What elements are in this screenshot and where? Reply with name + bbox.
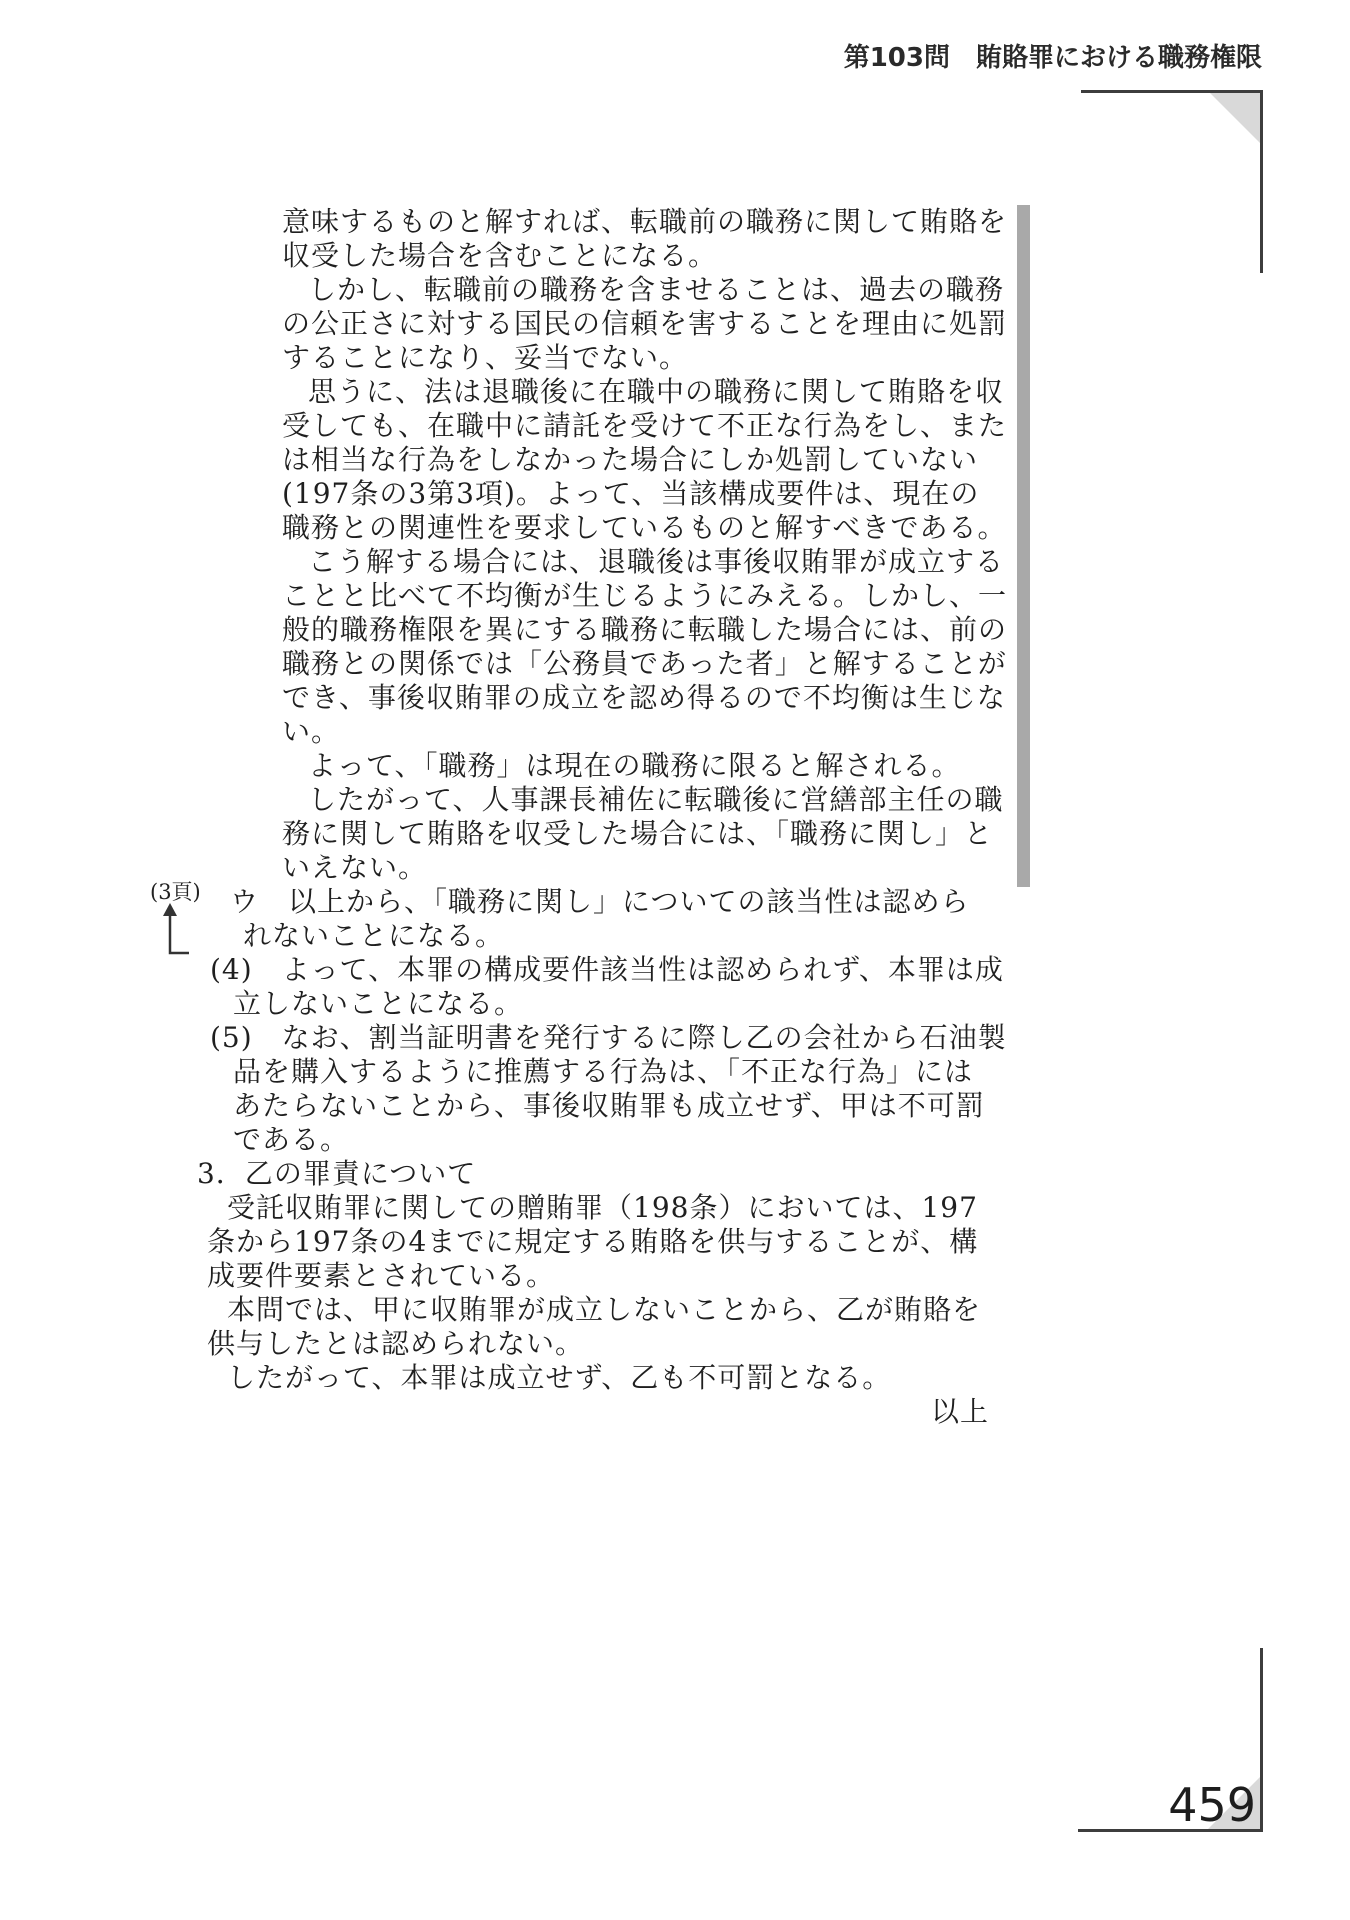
- body-line-24: 立しないことになる。: [233, 987, 995, 1021]
- body-line-4: の公正さに対する国民の信頼を害することを理由に処罰: [282, 307, 995, 341]
- body-line-31: 条から197条の4までに規定する賄賂を供与することが、構: [207, 1225, 995, 1259]
- body-line-30: 受託収賄罪に関しての贈賄罪（198条）においては、197: [227, 1191, 995, 1225]
- body-line-15: でき、事後収賄罪の成立を認め得るので不均衡は生じな: [282, 681, 995, 715]
- top-folded-corner-triangle: [1210, 93, 1260, 143]
- body-line-35: したがって、本罪は成立せず、乙も不可罰となる。: [227, 1361, 995, 1395]
- body-line-8: は相当な行為をしなかった場合にしか処罰していない: [282, 443, 995, 477]
- body-line-13: 般的職務権限を異にする職務に転職した場合には、前の: [282, 613, 995, 647]
- margin-elbow-arrow-icon: [150, 902, 196, 964]
- body-line-28: である。: [233, 1123, 995, 1157]
- page-number: 459: [1078, 1781, 1256, 1829]
- body-line-5: することになり、妥当でない。: [282, 341, 995, 375]
- section-highlight-bar: [1017, 205, 1030, 887]
- body-line-18: したがって、人事課長補佐に転職後に営繕部主任の職: [308, 783, 995, 817]
- answer-body-text: 意味するものと解すれば、転職前の職務に関して賄賂を収受した場合を含むことになる。…: [197, 205, 995, 1429]
- body-line-27: あたらないことから、事後収賄罪も成立せず、甲は不可罰: [233, 1089, 995, 1123]
- body-line-16: い。: [282, 715, 995, 749]
- book-page: 第103問 賄賂罪における職務権限 (3頁) 意味するものと解すれば、転職前の職…: [0, 0, 1350, 1920]
- body-line-6: 思うに、法は退職後に在職中の職務に関して賄賂を収: [308, 375, 995, 409]
- body-line-17: よって、「職務」は現在の職務に限ると解される。: [308, 749, 995, 783]
- closing-line: 以上: [197, 1395, 995, 1429]
- body-line-33: 本問では、甲に収賄罪が成立しないことから、乙が賄賂を: [227, 1293, 995, 1327]
- body-line-3: しかし、転職前の職務を含ませることは、過去の職務: [308, 273, 995, 307]
- body-line-10: 職務との関連性を要求しているものと解すべきである。: [282, 511, 995, 545]
- body-line-7: 受しても、在職中に請託を受けて不正な行為をし、また: [282, 409, 995, 443]
- body-line-32: 成要件要素とされている。: [207, 1259, 995, 1293]
- body-line-1: 意味するものと解すれば、転職前の職務に関して賄賂を: [282, 205, 995, 239]
- body-line-22: れないことになる。: [243, 919, 995, 953]
- body-line-26: 品を購入するように推薦する行為は、「不正な行為」には: [233, 1055, 995, 1089]
- body-line-2: 収受した場合を含むことになる。: [282, 239, 995, 273]
- body-line-25: (5) なお、割当証明書を発行するに際し乙の会社から石油製: [210, 1021, 995, 1055]
- body-line-9: (197条の3第3項)。よって、当該構成要件は、現在の: [282, 477, 995, 511]
- body-line-21: ウ 以上から、「職務に関し」についての該当性は認めら: [230, 885, 995, 919]
- body-line-29: 3．乙の罪責について: [197, 1157, 995, 1191]
- bottom-corner-rule-vertical: [1260, 1648, 1263, 1832]
- body-line-12: ことと比べて不均衡が生じるようにみえる。しかし、一: [282, 579, 995, 613]
- running-head-title: 第103問 賄賂罪における職務権限: [844, 42, 1262, 74]
- body-line-23: (4) よって、本罪の構成要件該当性は認められず、本罪は成: [210, 953, 995, 987]
- body-line-19: 務に関して賄賂を収受した場合には、「職務に関し」と: [282, 817, 995, 851]
- top-corner-rule-vertical: [1260, 90, 1263, 273]
- body-line-20: いえない。: [282, 851, 995, 885]
- body-line-34: 供与したとは認められない。: [207, 1327, 995, 1361]
- body-line-11: こう解する場合には、退職後は事後収賄罪が成立する: [308, 545, 995, 579]
- body-line-14: 職務との関係では「公務員であった者」と解することが: [282, 647, 995, 681]
